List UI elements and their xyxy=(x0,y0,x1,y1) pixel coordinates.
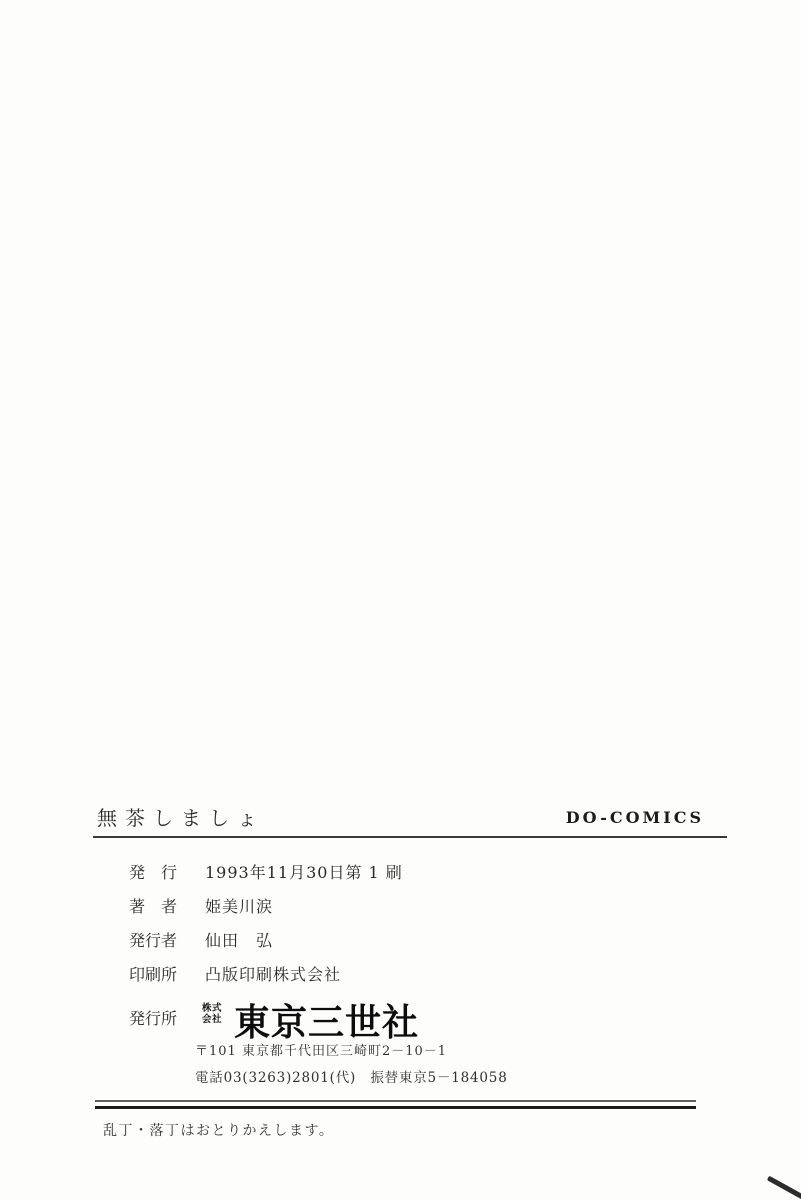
colophon-row-author: 著 者 姫美川涙 xyxy=(129,894,273,917)
corner-scan-artifact xyxy=(767,1176,801,1200)
header-divider-rule xyxy=(93,836,727,838)
row-label: 著 者 xyxy=(129,894,205,917)
footer-rule-thick xyxy=(95,1106,696,1109)
row-value: 仙田 弘 xyxy=(205,928,273,951)
publisher-address: 〒101 東京都千代田区三崎町2－10－1 xyxy=(195,1040,447,1059)
row-label: 印刷所 xyxy=(129,962,205,985)
row-label: 発行者 xyxy=(129,928,205,951)
kabushiki-gaisha-mark: 株式 会社 xyxy=(202,1003,222,1026)
row-value: 姫美川涙 xyxy=(205,894,273,917)
book-title: 無茶しましょ xyxy=(97,802,265,831)
row-value: 1993年11月30日第 1 刷 xyxy=(205,860,403,883)
footer-rule-thin xyxy=(95,1100,696,1102)
publisher-row-label: 発行所 xyxy=(129,1006,177,1029)
mark-line-top: 株式 xyxy=(202,1003,222,1014)
row-value: 凸版印刷株式会社 xyxy=(205,962,341,985)
row-label: 発 行 xyxy=(129,860,205,883)
colophon-row-printer: 印刷所 凸版印刷株式会社 xyxy=(129,962,341,985)
colophon-row-publisher-person: 発行者 仙田 弘 xyxy=(129,928,273,951)
mark-line-bottom: 会社 xyxy=(202,1014,222,1025)
colophon-page: 無茶しましょ DO-COMICS 発 行 1993年11月30日第 1 刷 著 … xyxy=(0,0,801,1200)
imprint-brand: DO-COMICS xyxy=(566,808,704,827)
colophon-row-publication: 発 行 1993年11月30日第 1 刷 xyxy=(129,860,403,883)
replacement-note: 乱丁・落丁はおとりかえします。 xyxy=(103,1120,334,1140)
publisher-phone: 電話03(3263)2801(代) 振替東京5－184058 xyxy=(195,1066,508,1086)
publisher-name-logo: 東京三世社 xyxy=(234,994,419,1047)
